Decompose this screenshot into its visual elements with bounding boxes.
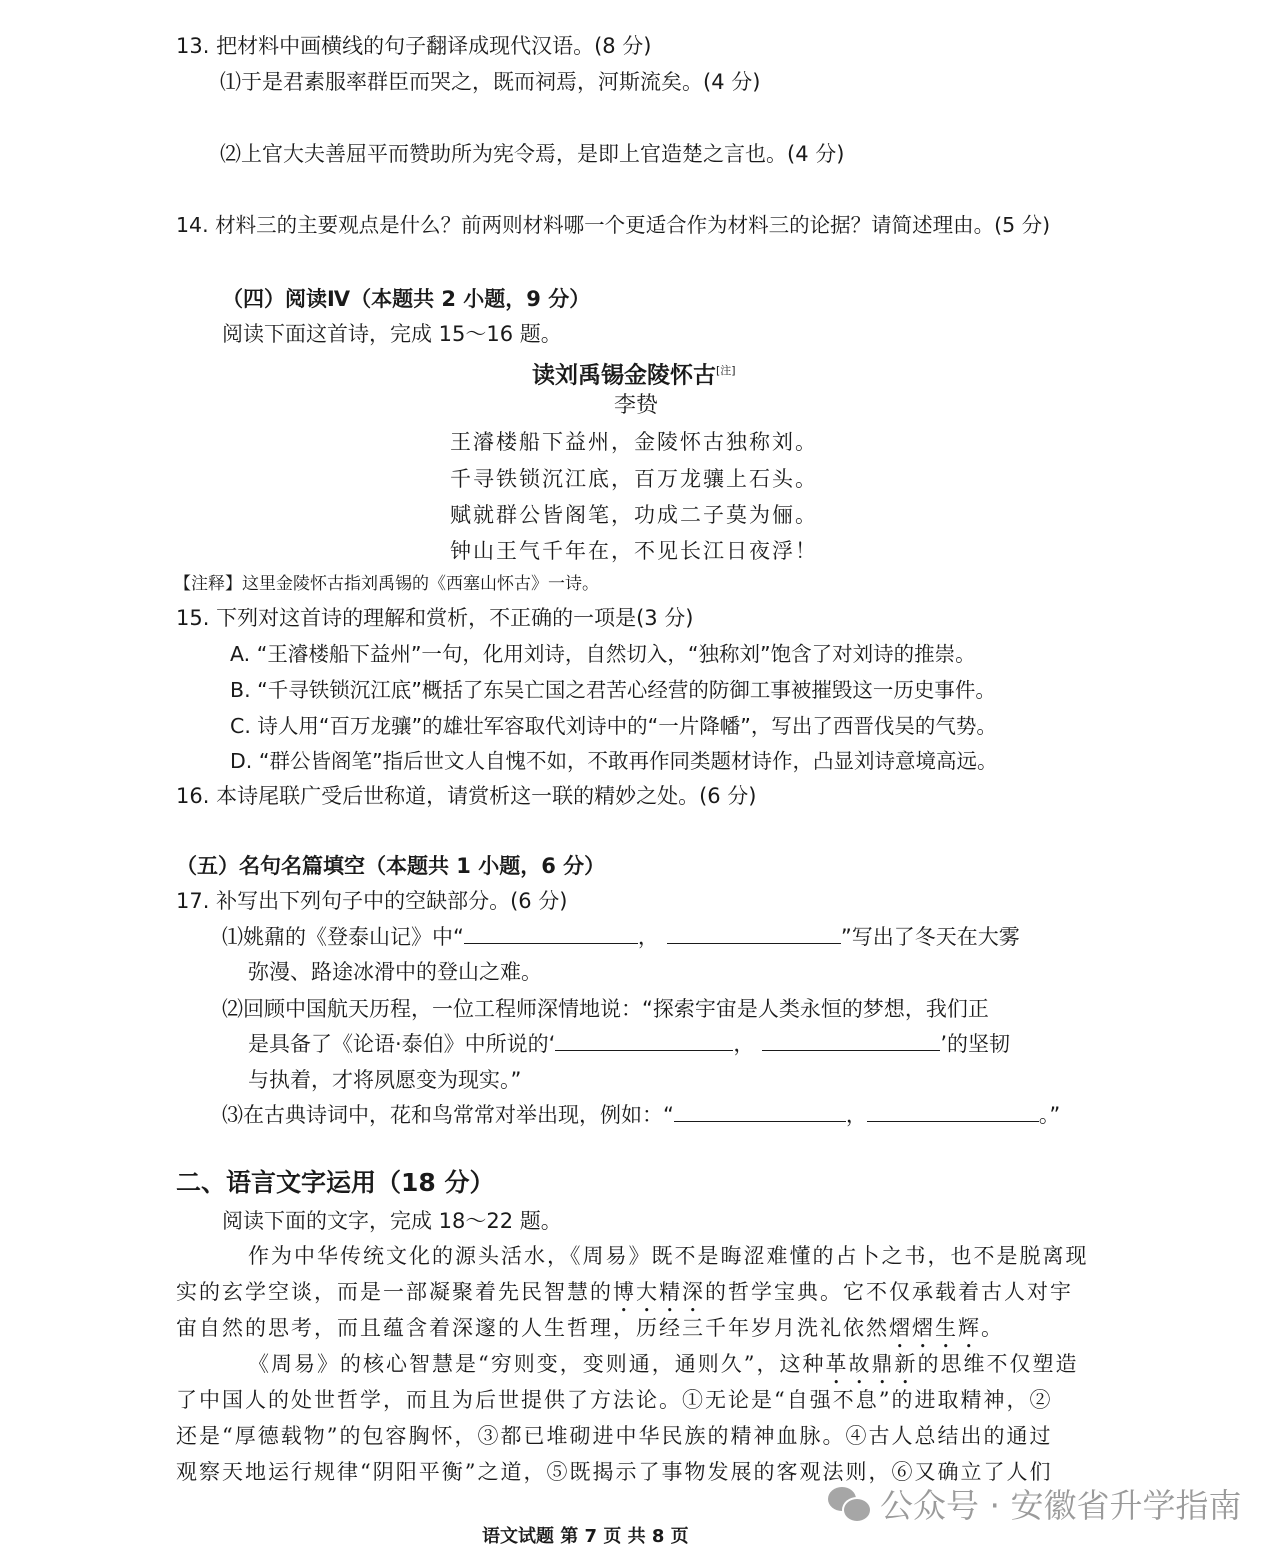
q17-sub3-line1: ⑶在古典诗词中，花和鸟常常对举出现，例如：“，。” (222, 1101, 1060, 1129)
q17-sub2-sep: ， (733, 1032, 754, 1056)
watermark-text: 公众号 · 安徽省升学指南 (880, 1480, 1241, 1527)
q17-sub1-blank-1[interactable] (464, 923, 638, 944)
q17-sub2-line3: 与执着，才将夙愿变为现实。” (248, 1066, 521, 1094)
emphasized-phrase: 博大精深 (613, 1280, 705, 1304)
passage-text: 《周易》的核心智慧是“穷则变，变则通，通则久”，这种 (248, 1352, 825, 1376)
q15-option-c: C. 诗人用“百万龙骧”的雄壮军容取代刘诗中的“一片降幡”，写出了西晋伐吴的气势… (230, 712, 997, 740)
q17-sub2-text-b: 是具备了《论语·泰伯》中所说的‘ (248, 1032, 555, 1056)
watermark: 公众号 · 安徽省升学指南 (828, 1480, 1241, 1527)
section4-intro: 阅读下面这首诗，完成 15～16 题。 (222, 320, 562, 348)
q13-sub2: ⑵上官大夫善屈平而赞助所为宪令焉，是即上官造楚之言也。(4 分) (220, 140, 844, 168)
poem-line-1: 王濬楼船下益州，金陵怀古独称刘。 (450, 428, 818, 456)
wechat-icon (828, 1485, 872, 1523)
poem-line-3: 赋就群公皆阁笔，功成二子莫为俪。 (450, 501, 818, 529)
page-footer: 语文试题 第 7 页 共 8 页 (482, 1522, 689, 1548)
q17-sub3-blank-2[interactable] (867, 1101, 1039, 1122)
q13-sub1: ⑴于是君素服率群臣而哭之，既而祠焉，河斯流矣。(4 分) (220, 68, 760, 96)
part2-heading: 二、语言文字运用（18 分） (176, 1169, 495, 1197)
q13-stem: 13. 把材料中画横线的句子翻译成现代汉语。(8 分) (176, 32, 652, 60)
q14-stem: 14. 材料三的主要观点是什么？前两则材料哪一个更适合作为材料三的论据？请简述理… (176, 211, 1050, 239)
q17-sub1-blank-2[interactable] (667, 923, 841, 944)
q16-stem: 16. 本诗尾联广受后世称道，请赏析这一联的精妙之处。(6 分) (176, 782, 757, 810)
passage-p2-line2: 了中国人的处世哲学，而且为后世提供了方法论。①无论是“自强不息”的进取精神，② (176, 1386, 1052, 1414)
q17-sub2-blank-1[interactable] (555, 1030, 733, 1051)
q17-sub1-line1: ⑴姚鼐的《登泰山记》中“，”写出了冬天在大雾 (222, 923, 1020, 951)
poem-note: 【注释】这里金陵怀古指刘禹锡的《西塞山怀古》一诗。 (174, 570, 599, 598)
q17-sub1-line2: 弥漫、路途冰滑中的登山之难。 (248, 958, 542, 986)
part2-intro: 阅读下面的文字，完成 18～22 题。 (222, 1207, 562, 1235)
q17-sub2-line1: ⑵回顾中国航天历程，一位工程师深情地说：“探索宇宙是人类永恒的梦想，我们正 (222, 995, 989, 1023)
poem-line-4: 钟山王气千年在，不见长江日夜浮！ (450, 537, 818, 565)
passage-text: 的哲学宝典。它不仅承载着古人对宇 (705, 1280, 1073, 1304)
poem-title-text: 读刘禹锡金陵怀古 (532, 363, 716, 389)
passage-p1-line1: 作为中华传统文化的源头活水，《周易》既不是晦涩难懂的占卜之书，也不是脱离现 (248, 1242, 1089, 1270)
q15-option-b: B. “千寻铁锁沉江底”概括了东吴亡国之君苦心经营的防御工事被摧毁这一历史事件。 (230, 676, 996, 704)
passage-p1-line2: 实的玄学空谈，而是一部凝聚着先民智慧的博大精深的哲学宝典。它不仅承载着古人对宇 (176, 1278, 1073, 1317)
poem-title: 读刘禹锡金陵怀古[注] (532, 357, 736, 390)
q15-option-a: A. “王濬楼船下益州”一句，化用刘诗，自然切入，“独称刘”饱含了对刘诗的推崇。 (230, 640, 976, 668)
poem-author: 李贽 (614, 392, 658, 420)
poem-title-note-marker: [注] (716, 364, 736, 377)
q15-stem: 15. 下列对这首诗的理解和赏析，不正确的一项是(3 分) (176, 604, 694, 632)
emphasized-phrase: 革故鼎新 (825, 1352, 917, 1376)
poem-line-2: 千寻铁锁沉江底，百万龙骧上石头。 (450, 465, 818, 493)
q17-sub3-blank-1[interactable] (674, 1101, 846, 1122)
q17-sub3-text-b: 。” (1039, 1103, 1060, 1127)
section5-heading: （五）名句名篇填空（本题共 1 小题，6 分） (176, 852, 605, 880)
passage-p2-line3: 还是“厚德载物”的包容胸怀，③都已堆砌进中华民族的精神血脉。④古人总结出的通过 (176, 1422, 1052, 1450)
passage-text: 的思维不仅塑造 (917, 1352, 1078, 1376)
passage-p1-line3: 宙自然的思考，而且蕴含着深邃的人生哲理，历经三千年岁月洗礼依然熠熠生辉。 (176, 1314, 1004, 1353)
passage-text: 。 (981, 1316, 1004, 1340)
passage-text: 实的玄学空谈，而是一部凝聚着先民智慧的 (176, 1280, 613, 1304)
q17-sub2-line2: 是具备了《论语·泰伯》中所说的‘，’的坚韧 (248, 1030, 1010, 1058)
q17-sub2-text-c: ’的坚韧 (940, 1032, 1010, 1056)
emphasized-phrase: 熠熠生辉 (889, 1316, 981, 1340)
passage-text: 宙自然的思考，而且蕴含着深邃的人生哲理，历经三千年岁月洗礼依然 (176, 1316, 889, 1340)
q17-sub3-text-a: ⑶在古典诗词中，花和鸟常常对举出现，例如：“ (222, 1103, 674, 1127)
q17-stem: 17. 补写出下列句子中的空缺部分。(6 分) (176, 887, 568, 915)
q17-sub2-blank-2[interactable] (762, 1030, 940, 1051)
passage-p2-line1: 《周易》的核心智慧是“穷则变，变则通，通则久”，这种革故鼎新的思维不仅塑造 (248, 1350, 1078, 1389)
q17-sub3-sep: ， (846, 1103, 867, 1127)
q17-sub1-text-a: ⑴姚鼐的《登泰山记》中“ (222, 925, 464, 949)
q15-option-d: D. “群公皆阁笔”指后世文人自愧不如，不敢再作同类题材诗作，凸显刘诗意境高远。 (230, 747, 998, 775)
q17-sub1-text-b: ”写出了冬天在大雾 (841, 925, 1020, 949)
section4-heading: （四）阅读Ⅳ（本题共 2 小题，9 分） (222, 285, 590, 313)
q17-sub1-sep: ， (638, 925, 659, 949)
